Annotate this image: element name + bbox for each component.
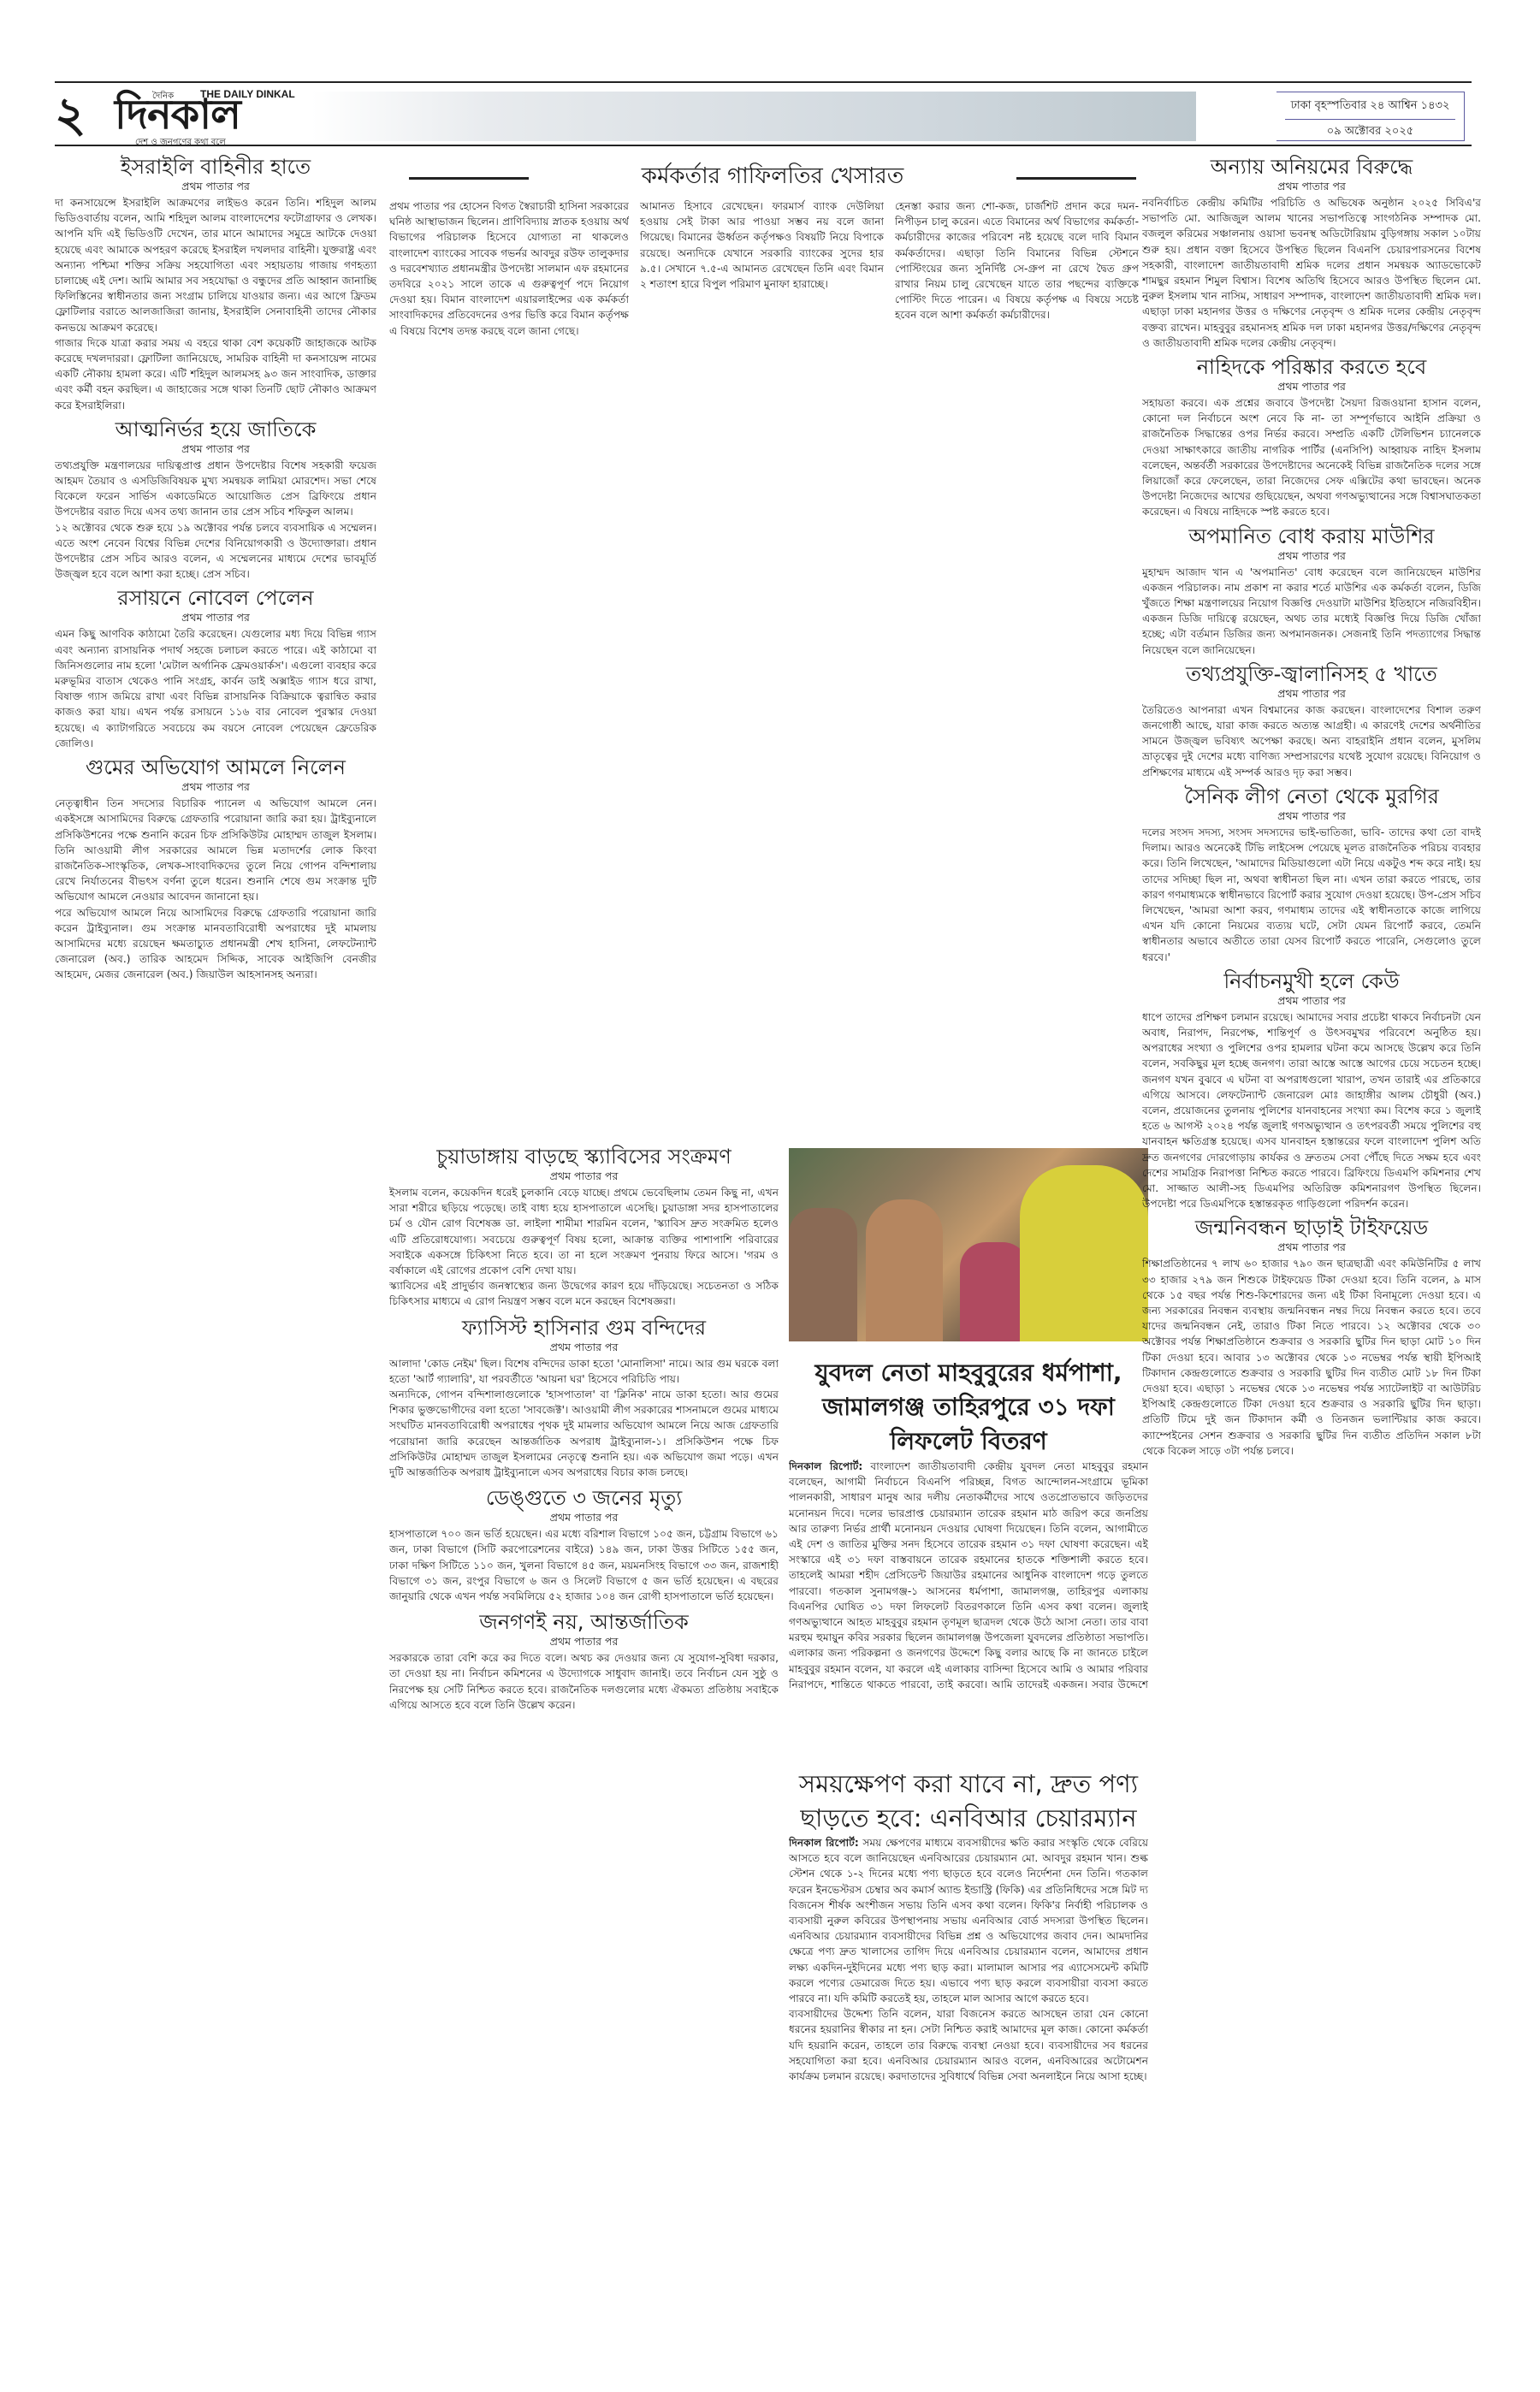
continued-label: প্রথম পাতার পর xyxy=(1142,380,1481,394)
story-injustice: অন্যায় অনিয়মের বিরুদ্ধে প্রথম পাতার পর… xyxy=(1142,154,1481,351)
left-column: ইসরাইলি বাহিনীর হাতে প্রথম পাতার পর দা ক… xyxy=(55,152,376,2034)
story-headline: রসায়নে নোবেল পেলেন xyxy=(55,585,376,611)
story-headline: ডেঙ্গুতে ৩ জনের মৃত্যু xyxy=(389,1485,779,1511)
continued-label: প্রথম পাতার পর xyxy=(1142,180,1481,193)
story-paragraph: অন্যদিকে, গোপন বন্দিশালাগুলোকে 'হাসপাতাল… xyxy=(389,1387,779,1480)
story-headline: আত্মনির্ভর হয়ে জাতিকে xyxy=(55,417,376,442)
date-english: ০৯ অক্টোবর ২০২৫ xyxy=(1276,120,1464,141)
wide-story-header: কর্মকর্তার গাফিলতির খেসারত xyxy=(409,163,1136,190)
story-paragraph: শিক্ষাপ্রতিষ্ঠানের ৭ লাখ ৬০ হাজার ৭৯০ জন… xyxy=(1142,1256,1481,1459)
story-chemistry-nobel: রসায়নে নোবেল পেলেন প্রথম পাতার পর এমন ক… xyxy=(55,585,376,751)
continued-label: প্রথম পাতার পর xyxy=(389,1341,779,1354)
story-paragraph: এমন কিছু আণবিক কাঠামো তৈরি করেছেন। যেগুল… xyxy=(55,626,376,751)
photo-figure xyxy=(960,1242,1028,1341)
story-dengue: ডেঙ্গুতে ৩ জনের মৃত্যু প্রথম পাতার পর হা… xyxy=(389,1485,779,1604)
story-paragraph: গাজার দিকে যাত্রা করার সময় এ বহরে থাকা … xyxy=(55,335,376,413)
story-headline: জন্মনিবন্ধন ছাড়াই টাইফয়েড xyxy=(1142,1215,1481,1240)
story-paragraph: দিনকাল রিপোর্ট: সময় ক্ষেপণের মাধ্যমে ব্… xyxy=(789,1835,1148,2006)
story-headline: গুমের অভিযোগ আমলে নিলেন xyxy=(55,755,376,780)
continued-label: প্রথম পাতার পর xyxy=(389,1635,779,1649)
story-election: নির্বাচনমুখী হলে কেউ প্রথম পাতার পর ধাপে… xyxy=(1142,968,1481,1212)
continued-label: প্রথম পাতার পর xyxy=(55,180,376,193)
center-left-column: চুয়াডাঙ্গায় বাড়ছে স্ক্যাবিসের সংক্রমণ… xyxy=(389,1142,779,2357)
masthead-band xyxy=(311,92,1196,141)
continued-label: প্রথম পাতার পর xyxy=(55,442,376,456)
continued-label: প্রথম পাতার পর xyxy=(55,780,376,794)
story-headline: চুয়াডাঙ্গায় বাড়ছে স্ক্যাবিসের সংক্রমণ xyxy=(389,1144,779,1169)
logo-name: দিনকাল xyxy=(115,93,240,136)
story-self-reliant: আত্মনির্ভর হয়ে জাতিকে প্রথম পাতার পর তথ… xyxy=(55,417,376,583)
continued-label: প্রথম পাতার পর xyxy=(1142,1240,1481,1254)
story-headline: অপমানিত বোধ করায় মাউশির xyxy=(1142,524,1481,549)
nbr-story: সময়ক্ষেপণ করা যাবে না, দ্রুত পণ্য ছাড়ত… xyxy=(789,1767,1148,2357)
story-headline: নাহিদকে পরিষ্কার করতে হবে xyxy=(1142,354,1481,380)
story-paragraph: প্রথম পাতার পর হোসেন বিগত স্বৈরাচারী হাস… xyxy=(389,198,629,339)
story-headline: তথ্যপ্রযুক্তি-জ্বালানিসহ ৫ খাতে xyxy=(1142,661,1481,687)
story-paragraph: হাসপাতালে ৭০০ জন ভর্তি হয়েছেন। এর মধ্যে… xyxy=(389,1526,779,1604)
story-paragraph: দা কনসায়েন্সে ইসরাইলি আক্রমণের লাইভও কর… xyxy=(55,195,376,335)
story-ict-energy: তথ্যপ্রযুক্তি-জ্বালানিসহ ৫ খাতে প্রথম পা… xyxy=(1142,661,1481,780)
photo-figure xyxy=(866,1199,943,1341)
story-headline: অন্যায় অনিয়মের বিরুদ্ধে xyxy=(1142,154,1481,180)
date-bangla: ঢাকা বৃহস্পতিবার ২৪ আশ্বিন ১৪৩২ xyxy=(1285,92,1455,120)
story-paragraph: ইসলাম বলেন, কয়েকদিন ধরেই চুলকানি বেড়ে … xyxy=(389,1185,779,1278)
story-headline: জনগণই নয়, আন্তর্জাতিক xyxy=(389,1609,779,1635)
story-headline: নির্বাচনমুখী হলে কেউ xyxy=(1142,968,1481,994)
story-paragraph: সরকারকে তারা বেশি করে কর দিতে বলে। অথচ ক… xyxy=(389,1650,779,1713)
story-headline: ইসরাইলি বাহিনীর হাতে xyxy=(55,154,376,180)
headline-rule-right xyxy=(1016,177,1136,180)
story-paragraph: আমানত হিসাবে রেখেছেন। ফারমার্স ব্যাংক দে… xyxy=(640,198,884,292)
logo-tagline: দেশ ও জনগণের কথা বলে xyxy=(135,136,226,151)
story-paragraph: ধাপে তাদের প্রশিক্ষণ চলমান রয়েছে। আমাদে… xyxy=(1142,1009,1481,1212)
story-typhoid: জন্মনিবন্ধন ছাড়াই টাইফয়েড প্রথম পাতার … xyxy=(1142,1215,1481,1459)
story-hasina-disappearance: ফ্যাসিস্ট হাসিনার গুম বন্দিদের প্রথম পাত… xyxy=(389,1315,779,1481)
continued-label: প্রথম পাতার পর xyxy=(1142,994,1481,1008)
masthead: ২ দৈনিক THE DAILY DINKAL দিনকাল দেশ ও জন… xyxy=(55,81,1472,146)
photo-figure xyxy=(1020,1165,1148,1341)
story-paragraph: নেতৃত্বাধীন তিন সদস্যের বিচারিক প্যানেল … xyxy=(55,796,376,904)
continued-label: প্রথম পাতার পর xyxy=(1142,687,1481,701)
story-body: সময় ক্ষেপণের মাধ্যমে ব্যবসায়ীদের ক্ষতি… xyxy=(789,1837,1148,2004)
continued-label: প্রথম পাতার পর xyxy=(55,611,376,625)
story-enforced-disappearance: গুমের অভিযোগ আমলে নিলেন প্রথম পাতার পর ন… xyxy=(55,755,376,982)
continued-label: প্রথম পাতার পর xyxy=(389,1511,779,1525)
story-paragraph: তথ্যপ্রযুক্তি মন্ত্রণালয়ের দায়িত্বপ্রা… xyxy=(55,458,376,520)
story-maushi: অপমানিত বোধ করায় মাউশির প্রথম পাতার পর … xyxy=(1142,524,1481,658)
wide-story-col-1: প্রথম পাতার পর হোসেন বিগত স্বৈরাচারী হাস… xyxy=(389,198,629,1122)
right-column: অন্যায় অনিয়মের বিরুদ্ধে প্রথম পাতার পর… xyxy=(1142,152,1481,2240)
story-headline: সৈনিক লীগ নেতা থেকে মুরগির xyxy=(1142,784,1481,809)
story-paragraph: দিনকাল রিপোর্ট: বাংলাদেশ জাতীয়তাবাদী কে… xyxy=(789,1459,1148,1690)
wide-story-col-2: আমানত হিসাবে রেখেছেন। ফারমার্স ব্যাংক দে… xyxy=(640,198,884,1122)
newspaper-logo: দৈনিক THE DAILY DINKAL দিনকাল দেশ ও জনগণ… xyxy=(115,85,303,146)
story-paragraph: মুহাম্মদ আজাদ খান এ 'অপমানিত' বোধ করেছেন… xyxy=(1142,565,1481,658)
date-box: ঢাকা বৃহস্পতিবার ২৪ আশ্বিন ১৪৩২ ০৯ অক্টো… xyxy=(1276,92,1465,141)
story-scabies: চুয়াডাঙ্গায় বাড়ছে স্ক্যাবিসের সংক্রমণ… xyxy=(389,1144,779,1310)
story-paragraph: নবনির্বাচিত কেন্দ্রীয় কমিটির পরিচিতি ও … xyxy=(1142,195,1481,351)
nbr-story-headline: সময়ক্ষেপণ করা যাবে না, দ্রুত পণ্য ছাড়ত… xyxy=(789,1767,1148,1835)
photo-figure xyxy=(789,1208,857,1341)
story-nahid: নাহিদকে পরিষ্কার করতে হবে প্রথম পাতার পর… xyxy=(1142,354,1481,520)
story-israeli-forces: ইসরাইলি বাহিনীর হাতে প্রথম পাতার পর দা ক… xyxy=(55,154,376,413)
wide-story-col-3: হেনস্তা করার জন্য শো-কজ, চার্জশিট প্রদান… xyxy=(895,198,1139,1122)
page-number: ২ xyxy=(55,90,86,141)
story-paragraph: দলের সংসদ সদস্য, সংসদ সদস্যদের ভাই-ভাতিজ… xyxy=(1142,825,1481,965)
photo-story-headline: যুবদল নেতা মাহবুবুরের ধর্মপাশা, জামালগঞ্… xyxy=(789,1356,1148,1459)
story-sainik-league: সৈনিক লীগ নেতা থেকে মুরগির প্রথম পাতার প… xyxy=(1142,784,1481,965)
headline-rule-left xyxy=(409,177,529,180)
story-headline: ফ্যাসিস্ট হাসিনার গুম বন্দিদের xyxy=(389,1315,779,1341)
story-paragraph: হেনস্তা করার জন্য শো-কজ, চার্জশিট প্রদান… xyxy=(895,198,1139,323)
news-photo xyxy=(789,1148,1148,1341)
story-paragraph: ১২ অক্টোবর থেকে শুরু হয়ে ১৯ অক্টোবর পর্… xyxy=(55,520,376,583)
story-paragraph: স্ক্যাবিসের এই প্রাদুর্ভাব জনস্বাস্থ্যের… xyxy=(389,1278,779,1309)
byline: দিনকাল রিপোর্ট: xyxy=(789,1460,862,1472)
story-paragraph: তৈরিতেও আপনারা এখন বিশ্বমানের কাজ করছেন।… xyxy=(1142,702,1481,780)
story-body: বাংলাদেশ জাতীয়তাবাদী কেন্দ্রীয় যুবদল ন… xyxy=(789,1460,1148,1690)
story-paragraph: ব্যবসায়ীদের উদ্দেশ্য তিনি বলেন, যারা বি… xyxy=(789,2006,1148,2084)
story-paragraph: আলাদা 'কোড নেইম' ছিল। বিশেষ বন্দিদের ডাক… xyxy=(389,1356,779,1387)
continued-label: প্রথম পাতার পর xyxy=(1142,549,1481,563)
story-people-international: জনগণই নয়, আন্তর্জাতিক প্রথম পাতার পর সর… xyxy=(389,1609,779,1713)
continued-label: প্রথম পাতার পর xyxy=(389,1169,779,1183)
story-paragraph: পরে অভিযোগ আমলে নিয়ে আসামিদের বিরুদ্ধে … xyxy=(55,905,376,983)
byline: দিনকাল রিপোর্ট: xyxy=(789,1837,859,1849)
photo-story: যুবদল নেতা মাহবুবুরের ধর্মপাশা, জামালগঞ্… xyxy=(789,1356,1148,1690)
continued-label: প্রথম পাতার পর xyxy=(1142,809,1481,823)
wide-story-headline: কর্মকর্তার গাফিলতির খেসারত xyxy=(537,163,1008,190)
story-paragraph: সহায়তা করবে। এক প্রশ্নের জবাবে উপদেষ্টা… xyxy=(1142,395,1481,520)
